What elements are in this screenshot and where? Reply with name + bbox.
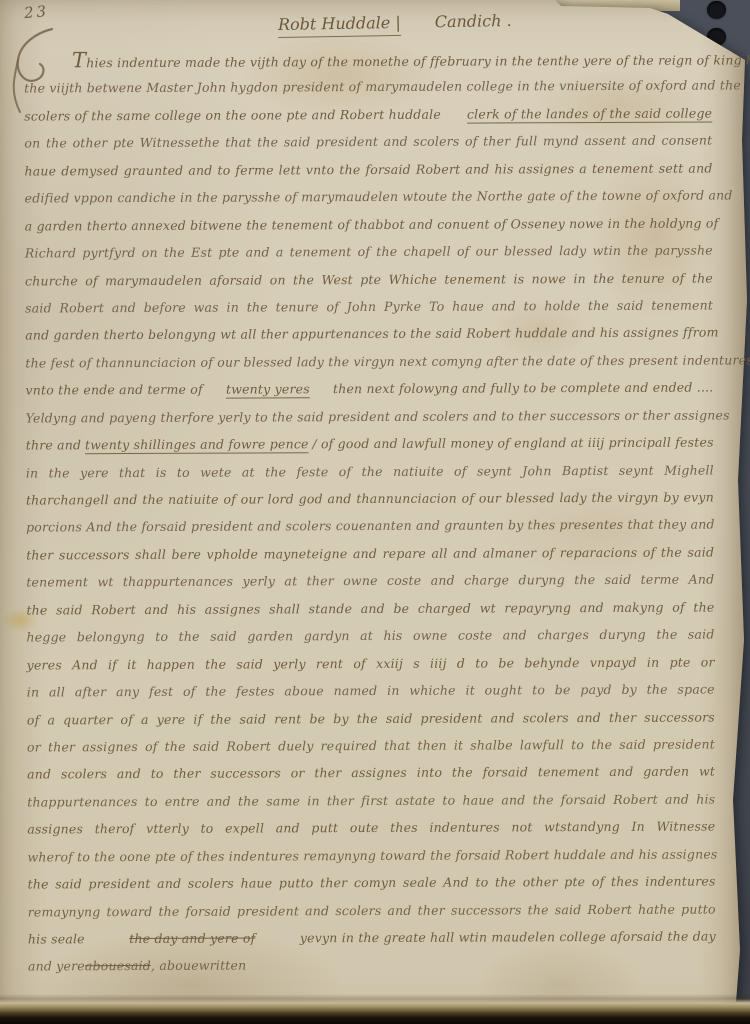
line-text: the fest of thannunciacion of our blesse… — [25, 346, 713, 376]
underlined-phrase: clerk of the landes of the said college — [467, 99, 712, 128]
line-text: Richard pyrtfyrd on the Est pte and a te… — [25, 237, 713, 267]
manuscript-line: Richard pyrtfyrd on the Est pte and a te… — [25, 237, 713, 267]
manuscript-line: the fest of thannunciacion of our blesse… — [25, 346, 713, 376]
manuscript-line: thappurtenances to entre and the same in… — [27, 785, 715, 815]
line-text: edified vppon candiche in the parysshe o… — [25, 182, 713, 212]
line-text: Yeldyng and payeng therfore yerly to the… — [26, 401, 714, 431]
line-text: of a quarter of a yere if the said rent … — [27, 703, 715, 733]
page-number: 23 — [23, 4, 49, 21]
struck-phrase: abouesaid — [85, 952, 151, 980]
manuscript-line: a garden therto annexed bitwene the tene… — [25, 209, 713, 239]
manuscript-line: of a quarter of a yere if the said rent … — [27, 703, 715, 733]
manuscript-line: churche of marymaudelen aforsaid on the … — [25, 264, 713, 294]
line-text: assignes therof vtterly to expell and pu… — [27, 813, 715, 843]
manuscript-line: yeres And if it happen the said yerly re… — [27, 648, 715, 678]
manuscript-line: the said president and scolers haue putt… — [28, 868, 716, 898]
manuscript-line: or ther assignes of the said Robert duel… — [27, 730, 715, 760]
line-text: and yere — [28, 953, 85, 981]
page-stack-edge — [0, 994, 750, 1024]
manuscript-line: Yeldyng and payeng therfore yerly to the… — [26, 401, 714, 431]
underlined-phrase: twenty yeres — [226, 376, 310, 404]
line-text: haue demysed graunted and to ferme lett … — [24, 154, 712, 184]
line-text: yeres And if it happen the said yerly re… — [27, 648, 715, 678]
manuscript-line: tharchangell and the natiuite of our lor… — [26, 483, 714, 513]
manuscript-line: in the yere that is to wete at the feste… — [26, 456, 714, 486]
manuscript-line: wherof to the oone pte of thes indenture… — [27, 840, 715, 870]
line-text: in all after any fest of the festes abou… — [27, 676, 715, 706]
line-text: thappurtenances to entre and the same in… — [27, 785, 715, 815]
line-text: scolers of the same college on the oone … — [24, 101, 441, 130]
manuscript-line: said Robert and before was in the tenure… — [25, 291, 713, 321]
line-text: the said Robert and his assignes shall s… — [26, 593, 714, 623]
manuscript-line: porcions And the forsaid president and s… — [26, 511, 714, 541]
manuscript-line: Thies indenture made the vijth day of th… — [24, 45, 712, 75]
manuscript-line: remaynyng toward the forsaid president a… — [28, 895, 716, 925]
heading: Robt Huddale | Candich . — [278, 11, 512, 38]
manuscript-line: and scolers and to ther successors or th… — [27, 758, 715, 788]
manuscript-line: the said Robert and his assignes shall s… — [26, 593, 714, 623]
line-text: in the yere that is to wete at the feste… — [26, 456, 714, 486]
manuscript-line: scolers of the same college on the oone … — [24, 99, 712, 129]
manuscript-line: and yere abouesaid , abouewritten — [28, 950, 716, 980]
line-text: thre and — [26, 431, 82, 459]
line-text: yevyn in the greate hall wtin maudelen c… — [300, 922, 716, 951]
manuscript-text: Thies indenture made the vijth day of th… — [24, 45, 716, 981]
line-text: said Robert and before was in the tenure… — [25, 291, 713, 321]
line-text: a garden therto annexed bitwene the tene… — [25, 209, 713, 239]
line-text: then next folowyng and fully to be compl… — [333, 374, 714, 403]
line-text: wherof to the oone pte of thes indenture… — [27, 840, 715, 870]
struck-phrase: the day and yere of — [129, 925, 255, 953]
manuscript-photo: 23 Robt Huddale | Candich . Thies indent… — [0, 0, 750, 1024]
manuscript-line: in all after any fest of the festes abou… — [27, 676, 715, 706]
line-text: the said president and scolers haue putt… — [28, 868, 716, 898]
line-text: / of good and lawfull money of england a… — [312, 429, 713, 458]
line-text: and garden therto belongyng wt all ther … — [25, 319, 713, 349]
line-text: his seale — [28, 925, 85, 953]
manuscript-line: ther successors shall bere vpholde mayne… — [26, 538, 714, 568]
manuscript-line: his seale the day and yere of yevyn in t… — [28, 922, 716, 952]
line-text: churche of marymaudelen aforsaid on the … — [25, 264, 713, 294]
manuscript-line: the viijth betwene Master John hygdon pr… — [24, 72, 712, 102]
line-text: Thies indenture made the vijth day of th… — [72, 45, 712, 75]
manuscript-line: assignes therof vtterly to expell and pu… — [27, 813, 715, 843]
heading-name: Robt Huddale | — [278, 13, 401, 38]
manuscript-line: haue demysed graunted and to ferme lett … — [24, 154, 712, 184]
line-text: and scolers and to ther successors or th… — [27, 758, 715, 788]
manuscript-line: tenement wt thappurtenances yerly at the… — [26, 566, 714, 596]
underlined-phrase: twenty shillinges and fowre pence — [85, 430, 309, 458]
line-text: vnto the ende and terme of — [25, 376, 202, 404]
manuscript-line: vnto the ende and terme of twenty yeres … — [25, 374, 713, 404]
line-text: hegge belongyng to the said garden gardy… — [26, 621, 714, 651]
manuscript-line: hegge belongyng to the said garden gardy… — [26, 621, 714, 651]
line-text: , abouewritten — [151, 952, 246, 980]
manuscript-line: and garden therto belongyng wt all ther … — [25, 319, 713, 349]
manuscript-line: on the other pte Witnessethe that the sa… — [24, 127, 712, 157]
line-text: tharchangell and the natiuite of our lor… — [26, 483, 714, 513]
line-text: porcions And the forsaid president and s… — [26, 511, 714, 541]
heading-location: Candich . — [435, 11, 512, 33]
line-text: remaynyng toward the forsaid president a… — [28, 895, 716, 925]
line-text: or ther assignes of the said Robert duel… — [27, 730, 715, 760]
manuscript-line: thre and twenty shillinges and fowre pen… — [26, 429, 714, 459]
line-text: ther successors shall bere vpholde mayne… — [26, 538, 714, 568]
manuscript-line: edified vppon candiche in the parysshe o… — [25, 182, 713, 212]
line-text: on the other pte Witnessethe that the sa… — [24, 127, 712, 157]
line-text: the viijth betwene Master John hygdon pr… — [24, 72, 712, 102]
line-text: tenement wt thappurtenances yerly at the… — [26, 566, 714, 596]
